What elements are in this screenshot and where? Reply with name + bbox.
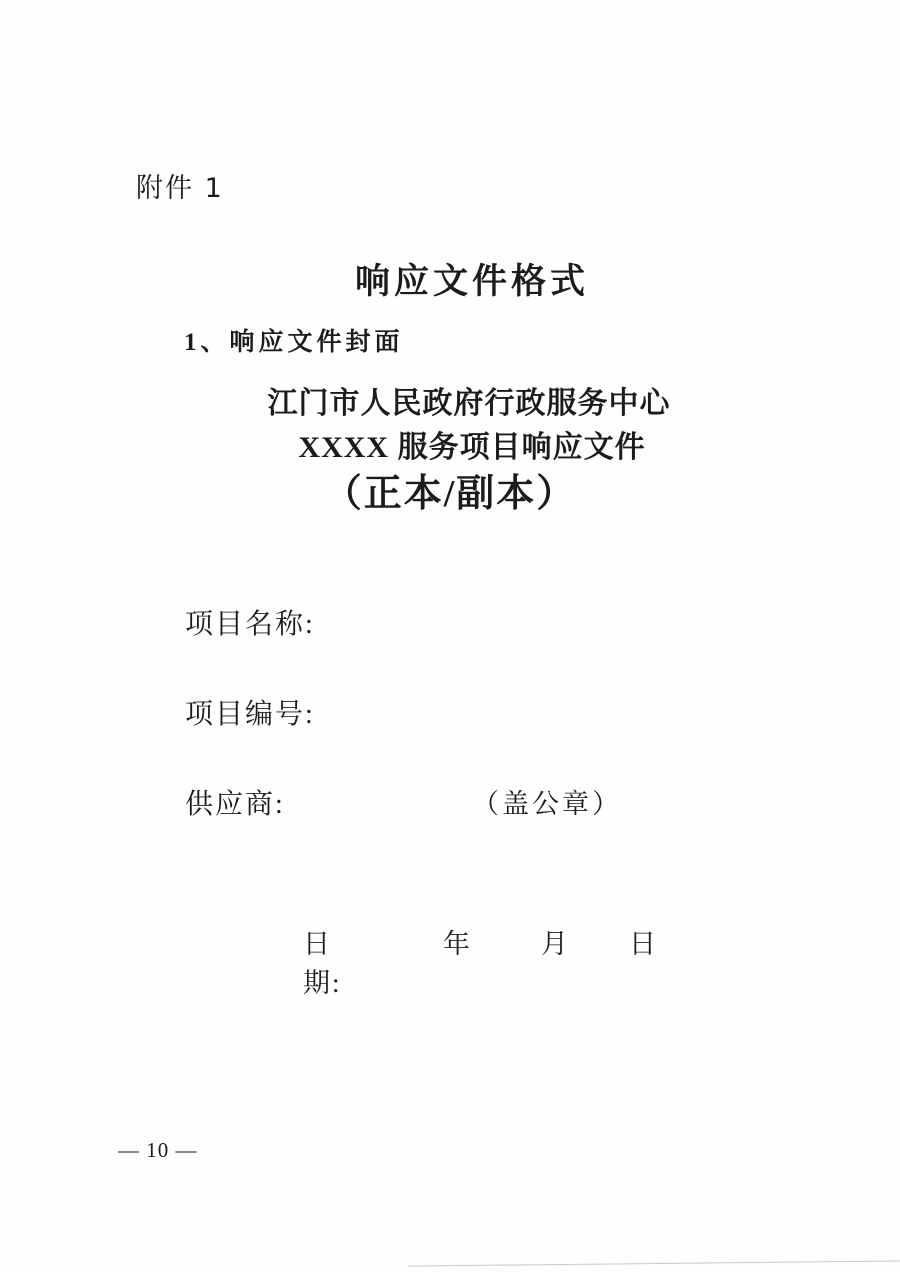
cover-project-title: XXXX 服务项目响应文件 bbox=[22, 422, 900, 466]
cover-original-copy-label: （正本/副本） bbox=[0, 462, 900, 517]
attachment-label: 附件 1 bbox=[136, 166, 224, 205]
field-project-name: 项目名称: bbox=[185, 602, 455, 642]
date-month-label: 月 bbox=[541, 922, 568, 961]
seal-note: （盖公章） bbox=[472, 782, 622, 821]
field-project-number: 项目编号: bbox=[185, 692, 455, 732]
page-number: — 10 — bbox=[118, 1138, 198, 1163]
document-title: 响应文件格式 bbox=[22, 254, 900, 304]
date-year-label: 年 bbox=[443, 922, 470, 961]
scan-artifact-line bbox=[408, 1260, 900, 1266]
section-heading: 1、响应文件封面 bbox=[184, 322, 404, 358]
field-project-name-label: 项目名称: bbox=[185, 609, 315, 640]
date-label: 日期: bbox=[303, 922, 342, 1000]
field-supplier: 供应商: bbox=[185, 782, 425, 822]
document-page: 附件 1 响应文件格式 1、响应文件封面 江门市人民政府行政服务中心 XXXX … bbox=[0, 0, 900, 1272]
field-supplier-label: 供应商: bbox=[185, 789, 285, 820]
cover-org-name: 江门市人民政府行政服务中心 bbox=[19, 378, 900, 422]
date-day-label: 日 bbox=[629, 922, 656, 961]
field-project-number-label: 项目编号: bbox=[185, 699, 315, 730]
